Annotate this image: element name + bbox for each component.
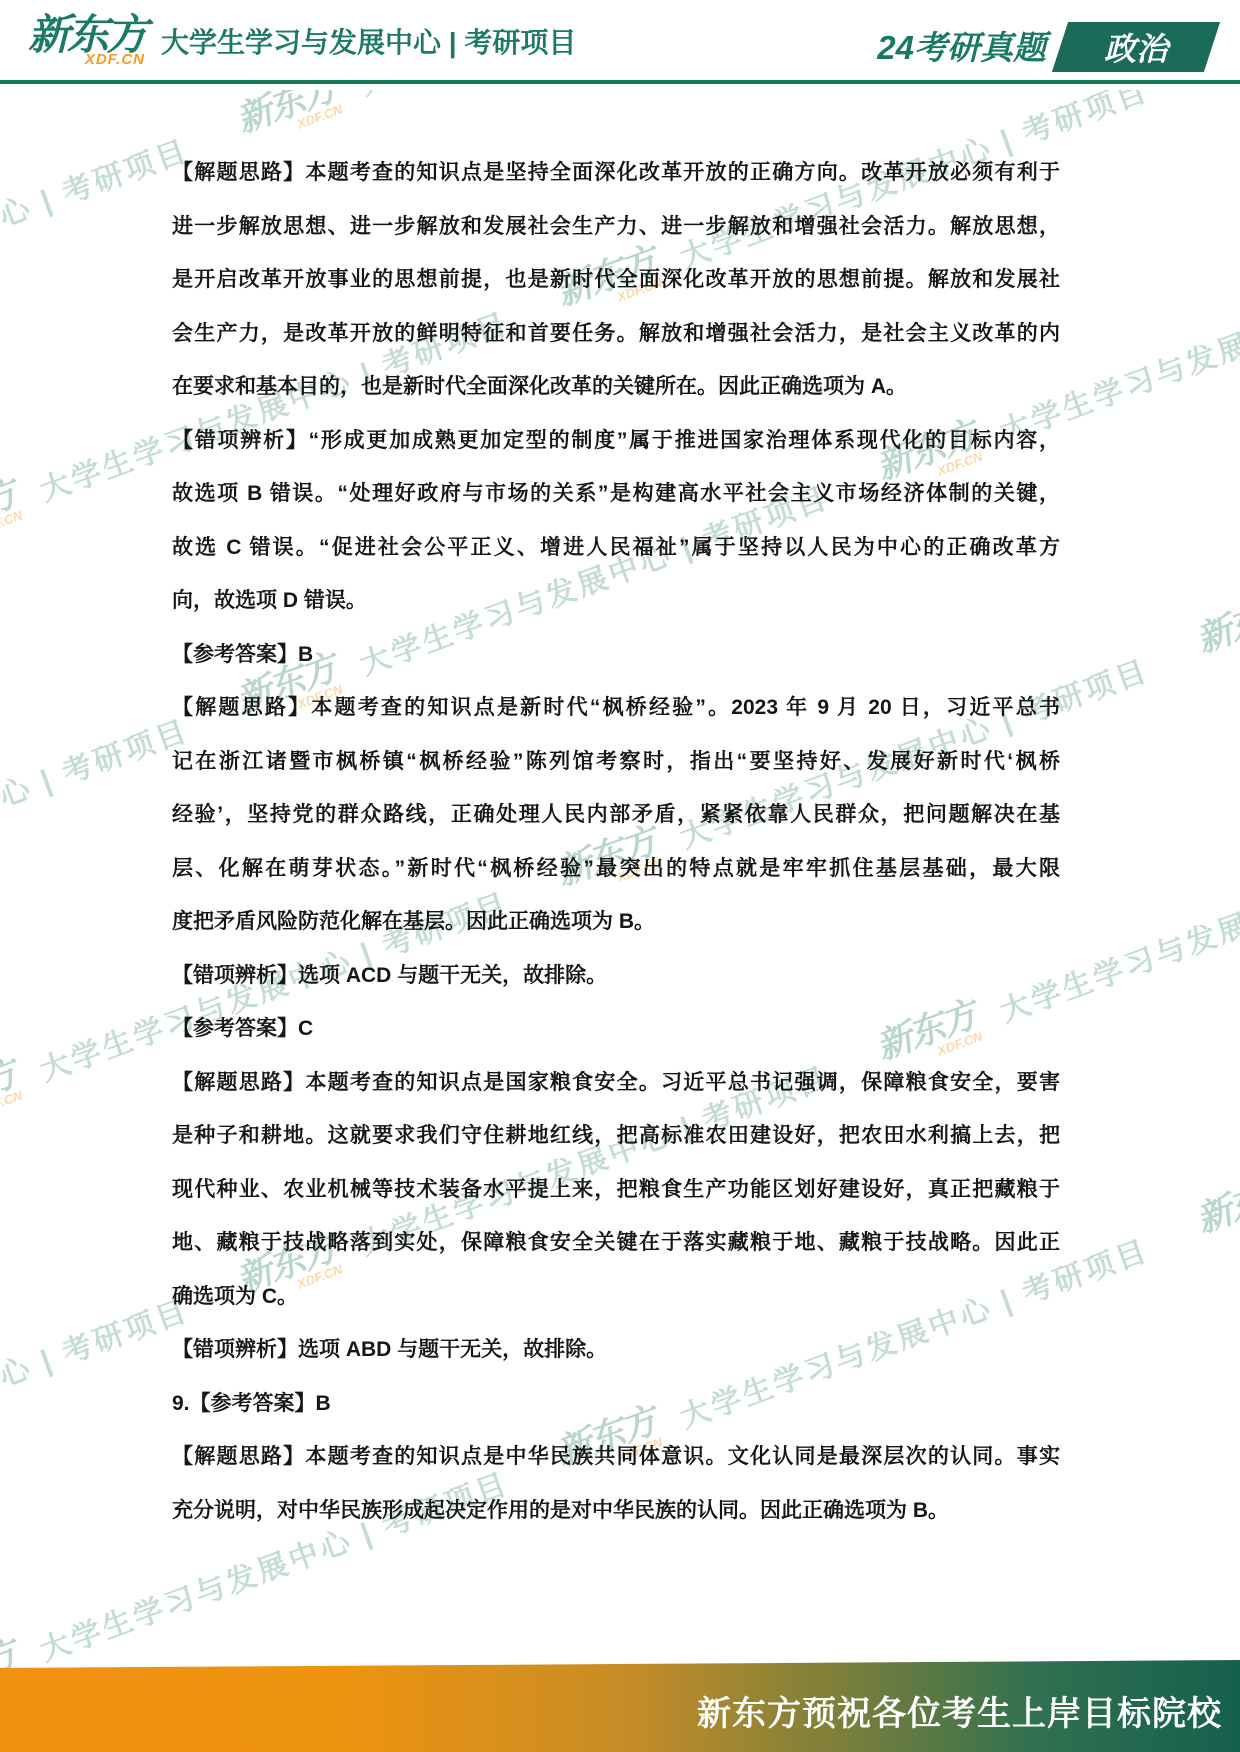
watermark: 新东方XDF.CN大学生学习与发展中心 | 考研项目 [0,1284,195,1543]
text-line: 【错项辨析】选项 ABD 与题干无关，故排除。 [172,1323,1060,1377]
doc-body: 【解题思路】本题考查的知识点是坚持全面深化改革开放的正确方向。改革开放必须有利于… [172,146,1060,1537]
header-right: 24考研真题 政治 [877,8,1240,72]
text-line: 向，故选项 D 错误。 [172,574,1060,628]
text-line: 【解题思路】本题考查的知识点是中华民族共同体意识。文化认同是最深层次的认同。事实 [172,1430,1060,1484]
watermark-logo-domain: XDF.CN [0,509,24,556]
subject-badge: 政治 [1052,22,1220,72]
watermark-logo-domain: XDF.CN [244,102,344,149]
watermark-logo: 新东方XDF.CN [232,90,344,149]
watermark: 新东方XDF.CN大学生学习与发展中心 | 考研项目 [1192,991,1240,1250]
text-line: 【解题思路】本题考查的知识点是新时代“枫桥经验”。2023 年 9 月 20 日… [172,681,1060,735]
watermark-logo-domain: XDF.CN [1204,1203,1240,1250]
text-line: 是种子和耕地。这就要求我们守住耕地红线，把高标准农田建设好，把农田水利搞上去，把 [172,1109,1060,1163]
text-line: 9.【参考答案】B [172,1377,1060,1431]
text-line: 在要求和基本目的，也是新时代全面深化改革的关键所在。因此正确选项为 A。 [172,360,1060,414]
watermark-logo-domain: XDF.CN [0,1089,24,1136]
text-line: 层、化解在萌芽状态。”新时代“枫桥经验”最突出的特点就是牢牢抓住基层基础，最大限 [172,842,1060,896]
text-line: 现代种业、农业机械等技术装备水平提上来，把粮食生产功能区划好建设好，真正把藏粮于 [172,1163,1060,1217]
watermark-logo-name: 新东方 [0,1636,20,1668]
header-title: 大学生学习与发展中心 | 考研项目 [161,21,576,61]
text-line: 【参考答案】B [172,628,1060,682]
watermark-logo: 新东方XDF.CN [1192,590,1240,670]
text-line: 故选 C 错误。“促进社会公平正义、增进人民福祉”属于坚持以人民为中心的正确改革… [172,521,1060,575]
text-line: 充分说明，对中华民族形成起决定作用的是对中华民族的认同。因此正确选项为 B。 [172,1484,1060,1538]
text-line: 【错项辨析】“形成更加成熟更加定型的制度”属于推进国家治理体系现代化的目标内容， [172,414,1060,468]
text-line: 【解题思路】本题考查的知识点是国家粮食安全。习近平总书记强调，保障粮食安全，要害 [172,1056,1060,1110]
watermark: 新东方XDF.CN大学生学习与发展中心 | 考研项目 [232,90,835,149]
watermark-logo-name: 新东方 [232,90,340,138]
page-header: 新东方 XDF.CN 大学生学习与发展中心 | 考研项目 24考研真题 政治 [0,0,1240,84]
watermark-logo-name: 新东方 [0,1056,20,1125]
footer-banner: 新东方预祝各位考生上岸目标院校 [0,1660,1240,1752]
watermark-logo-name: 新东方 [1192,590,1240,659]
watermark-logo: 新东方XDF.CN [0,476,24,556]
watermark-logo-name: 新东方 [0,476,20,545]
watermark: 新东方XDF.CN大学生学习与发展中心 | 考研项目 [1192,411,1240,670]
watermark-logo: 新东方XDF.CN [0,1056,24,1136]
watermark: 新东方XDF.CN大学生学习与发展中心 | 考研项目 [0,124,195,383]
footer-slogan: 新东方预祝各位考生上岸目标院校 [697,1686,1240,1735]
watermark-logo-name: 新东方 [1192,1170,1240,1239]
text-line: 【错项辨析】选项 ACD 与题干无关，故排除。 [172,949,1060,1003]
text-line: 【参考答案】C [172,1002,1060,1056]
watermark-text: 大学生学习与发展中心 | 考研项目 [353,90,834,104]
series-title: 24考研真题 [877,22,1046,69]
watermark-text: 大学生学习与发展中心 | 考研项目 [0,125,194,336]
watermark-logo: 新东方XDF.CN [0,1636,24,1668]
text-line: 进一步解放思想、进一步解放和发展社会生产力、进一步解放和增强社会活力。解放思想， [172,200,1060,254]
text-line: 地、藏粮于技战略落到实处，保障粮食安全关键在于落实藏粮于地、藏粮于技战略。因此正 [172,1216,1060,1270]
watermark-text: 大学生学习与发展中心 | 考研项目 [0,705,194,916]
watermark-logo: 新东方XDF.CN [1192,1170,1240,1250]
watermark: 新东方XDF.CN大学生学习与发展中心 | 考研项目 [0,704,195,963]
watermark-text: 大学生学习与发展中心 | 考研项目 [0,1285,194,1496]
subject-badge-label: 政治 [1104,24,1168,70]
text-line: 【解题思路】本题考查的知识点是坚持全面深化改革开放的正确方向。改革开放必须有利于 [172,146,1060,200]
text-line: 确选项为 C。 [172,1270,1060,1324]
text-line: 记在浙江诸暨市枫桥镇“枫桥经验”陈列馆考察时，指出“要坚持好、发展好新时代‘枫桥 [172,735,1060,789]
text-line: 是开启改革开放事业的思想前提，也是新时代全面深化改革开放的思想前提。解放和发展社 [172,253,1060,307]
text-line: 经验’，坚持党的群众路线，正确处理人民内部矛盾，紧紧依靠人民群众，把问题解决在基 [172,788,1060,842]
brand-logo: 新东方 XDF.CN [28,14,145,67]
watermark-logo-domain: XDF.CN [1204,623,1240,670]
brand-logo-name: 新东方 [28,14,145,56]
brand-logo-domain: XDF.CN [28,52,145,67]
text-line: 度把矛盾风险防范化解在基层。因此正确选项为 B。 [172,895,1060,949]
text-line: 故选项 B 错误。“处理好政府与市场的关系”是构建高水平社会主义市场经济体制的关… [172,467,1060,521]
text-line: 会生产力，是改革开放的鲜明特征和首要任务。解放和增强社会活力，是社会主义改革的内 [172,307,1060,361]
